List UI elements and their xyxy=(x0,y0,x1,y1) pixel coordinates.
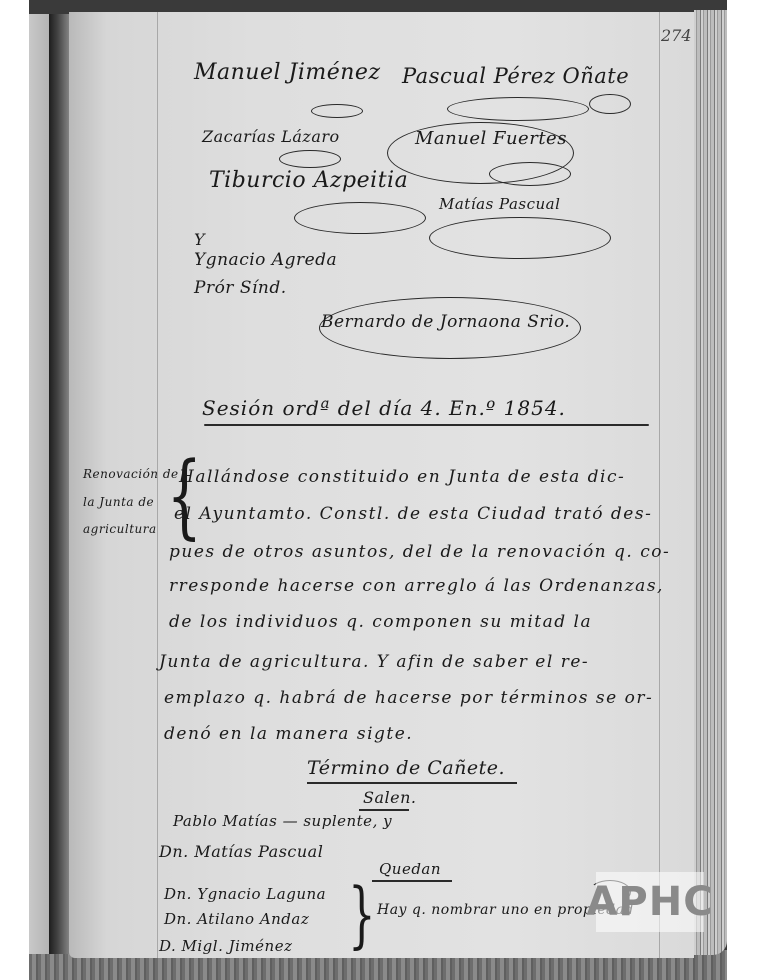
signature: Ygnacio Agreda xyxy=(194,250,337,270)
right-margin-rule xyxy=(659,12,660,958)
margin-note-line: agricultura xyxy=(83,522,157,536)
quedan-heading: Quedan xyxy=(379,860,441,878)
signature: Manuel Jiménez xyxy=(194,60,381,85)
scanned-book-spread: 274 Manuel Jiménez Pascual Pérez Oñate Z… xyxy=(29,0,727,980)
signature: Prór Sínd. xyxy=(194,278,287,298)
quedan-name: Dn. Atilano Andaz xyxy=(164,910,309,928)
signature-flourish xyxy=(589,94,631,114)
salen-underline xyxy=(359,809,409,811)
body-line: emplazo q. habrá de hacerse por términos… xyxy=(164,688,653,708)
right-page-edges xyxy=(694,10,727,955)
signature: Bernardo de Jornaona Srio. xyxy=(321,312,570,332)
body-line: pues de otros asuntos, del de la renovac… xyxy=(169,542,670,562)
signature: Pascual Pérez Oñate xyxy=(402,64,629,88)
signature-flourish xyxy=(447,97,589,121)
body-line: rresponde hacerse con arreglo á las Orde… xyxy=(169,576,664,596)
book-gutter xyxy=(49,14,71,954)
salen-line: Pablo Matías — suplente, y xyxy=(173,812,392,830)
signature-flourish xyxy=(294,202,426,234)
section-underline xyxy=(307,782,517,784)
signature-flourish xyxy=(311,104,363,118)
page-number: 274 xyxy=(661,26,692,45)
left-page-edge xyxy=(29,14,49,954)
quedan-underline xyxy=(372,880,452,882)
body-line: de los individuos q. componen su mitad l… xyxy=(169,612,592,632)
signature: Matías Pascual xyxy=(439,195,560,213)
signature: Manuel Fuertes xyxy=(415,128,567,149)
quedan-name: Dn. Ygnacio Laguna xyxy=(164,885,326,903)
names-brace: } xyxy=(348,878,375,950)
body-line: denó en la manera sigte. xyxy=(164,724,413,744)
signature-prefix: Y xyxy=(194,230,205,249)
body-line: el Ayuntamto. Constl. de esta Ciudad tra… xyxy=(174,504,652,524)
signature-flourish xyxy=(429,217,611,259)
quedan-name: D. Migl. Jiménez xyxy=(159,937,292,955)
section-title: Término de Cañete. xyxy=(307,757,505,779)
manuscript-page: 274 Manuel Jiménez Pascual Pérez Oñate Z… xyxy=(69,12,694,958)
signature: Tiburcio Azpeitia xyxy=(209,168,408,193)
left-margin-rule xyxy=(157,12,158,958)
session-heading: Sesión ordª del día 4. En.º 1854. xyxy=(202,396,566,420)
archive-watermark-logo: APHC xyxy=(596,872,704,932)
margin-note-line: la Junta de xyxy=(83,495,154,509)
margin-note-line: Renovación de xyxy=(83,467,179,481)
signature-flourish xyxy=(279,150,341,168)
signature: Zacarías Lázaro xyxy=(202,127,340,146)
margin-brace: { xyxy=(167,450,202,542)
signature-flourish xyxy=(489,162,571,186)
body-line: Junta de agricultura. Y afin de saber el… xyxy=(159,652,589,672)
salen-line: Dn. Matías Pascual xyxy=(159,842,323,861)
salen-heading: Salen. xyxy=(363,788,416,807)
body-line: Hallándose constituido en Junta de esta … xyxy=(179,467,625,487)
heading-underline xyxy=(204,424,649,426)
